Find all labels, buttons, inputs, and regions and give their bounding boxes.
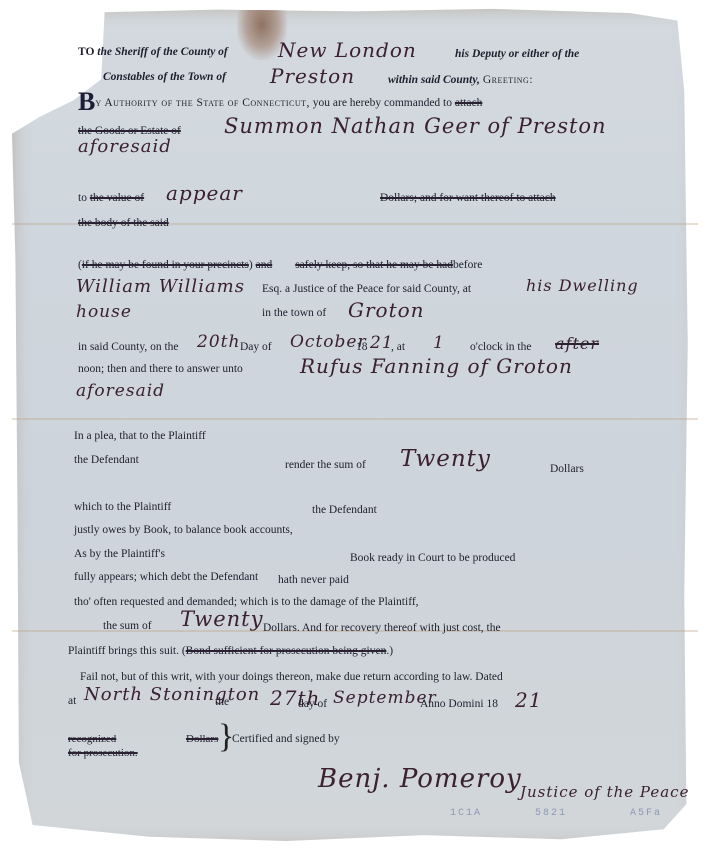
greeting: Greeting: <box>483 74 533 86</box>
justice-handwritten: William Williams <box>76 276 245 297</box>
plea-line-6a: fully appears; which debt the Defendant <box>74 571 258 583</box>
year-handwritten-2: 21 <box>515 688 542 712</box>
certified-text: Certified and signed by <box>232 733 340 745</box>
date-text-1: in said County, on the <box>78 341 179 353</box>
date-text-5: noon; then and there to answer unto <box>78 363 243 375</box>
drop-cap: B <box>78 87 95 116</box>
authority-line: By Authority of the State of Connecticut… <box>78 92 482 112</box>
closing-day-of: day of <box>298 698 327 710</box>
plea-line-8a: the sum of <box>103 620 152 632</box>
sum-handwritten: Twenty <box>400 446 491 472</box>
date-text-4: o'clock in the <box>470 341 531 353</box>
closing-anno: Anno Domini 18 <box>420 698 498 710</box>
plea-line-1: In a plea, that to the Plaintiff <box>74 430 206 442</box>
town-text: in the town of <box>262 307 326 319</box>
header-line-2: Constables of the Town of <box>103 71 226 83</box>
struck-body: the body of the said <box>78 217 169 229</box>
justice-text: Esq. a Justice of the Peace for said Cou… <box>262 283 471 295</box>
header-line-1: TO the Sheriff of the County of <box>78 46 228 58</box>
appear-handwritten: appear <box>166 181 243 205</box>
archive-stamp-3: A5Fa <box>630 808 662 819</box>
archive-stamp-2: 5821 <box>535 808 567 819</box>
plea-line-4: justly owes by Book, to balance book acc… <box>74 524 293 536</box>
hour-handwritten: 1 <box>433 333 445 353</box>
closing-line-1: Fail not, but of this writ, with your do… <box>80 671 503 683</box>
closing-the: the <box>215 696 229 708</box>
date-text-3: , at <box>391 341 405 353</box>
town-handwritten: Preston <box>270 64 355 88</box>
sum-handwritten-2: Twenty <box>180 607 264 631</box>
after-handwritten: after <box>555 334 599 353</box>
signature: Benj. Pomeroy <box>318 764 522 794</box>
fold-crease <box>12 418 698 420</box>
plaintiff-handwritten: Rufus Fanning of Groton <box>300 354 573 378</box>
plea-line-5b: Book ready in Court to be produced <box>350 552 515 564</box>
struck-dollars: Dollars; and for want thereof to attach <box>380 192 556 204</box>
plea-line-2b: render the sum of <box>285 459 366 471</box>
plea-line-8b: Dollars. And for recovery thereof with j… <box>263 622 501 634</box>
day-handwritten: 20th <box>197 332 240 352</box>
groton-handwritten: Groton <box>348 298 425 322</box>
plea-line-3b: the Defendant <box>312 504 377 516</box>
year-print: 18 <box>356 341 368 353</box>
value-line: to the value of <box>78 192 144 204</box>
justice-title-handwritten: Justice of the Peace <box>520 783 689 801</box>
plea-line-6b: hath never paid <box>278 574 349 586</box>
struck-dollars-footer: Dollars <box>186 733 218 745</box>
plea-line-2c: Dollars <box>550 463 584 475</box>
plea-line-3a: which to the Plaintiff <box>74 501 171 513</box>
struck-recognized: recognized <box>68 733 116 745</box>
header-line-2-suffix: within said County, Greeting: <box>388 74 533 86</box>
defendant-handwritten: Summon Nathan Geer of Preston <box>224 114 607 138</box>
archive-stamp-1: 1C1A <box>450 808 482 819</box>
keep-line: (if he may be found in your precincts) a… <box>78 259 482 271</box>
header-line-1-suffix: his Deputy or either of the <box>455 48 579 60</box>
closing-at: at <box>68 695 76 707</box>
place-handwritten-2: North Stonington <box>84 684 260 705</box>
county-handwritten: New London <box>278 38 417 62</box>
plea-line-2a: the Defendant <box>74 454 139 466</box>
aforesaid-handwritten-2: aforesaid <box>76 381 165 401</box>
house-handwritten: house <box>76 302 132 322</box>
plea-line-9: Plaintiff brings this suit. (Bond suffic… <box>68 645 393 657</box>
aforesaid-handwritten: aforesaid <box>78 136 172 157</box>
date-text-2: Day of <box>240 341 272 353</box>
struck-prosecution: for prosecution. <box>68 747 138 759</box>
plea-line-5a: As by the Plaintiff's <box>74 548 165 560</box>
place-handwritten: his Dwelling <box>526 276 639 295</box>
